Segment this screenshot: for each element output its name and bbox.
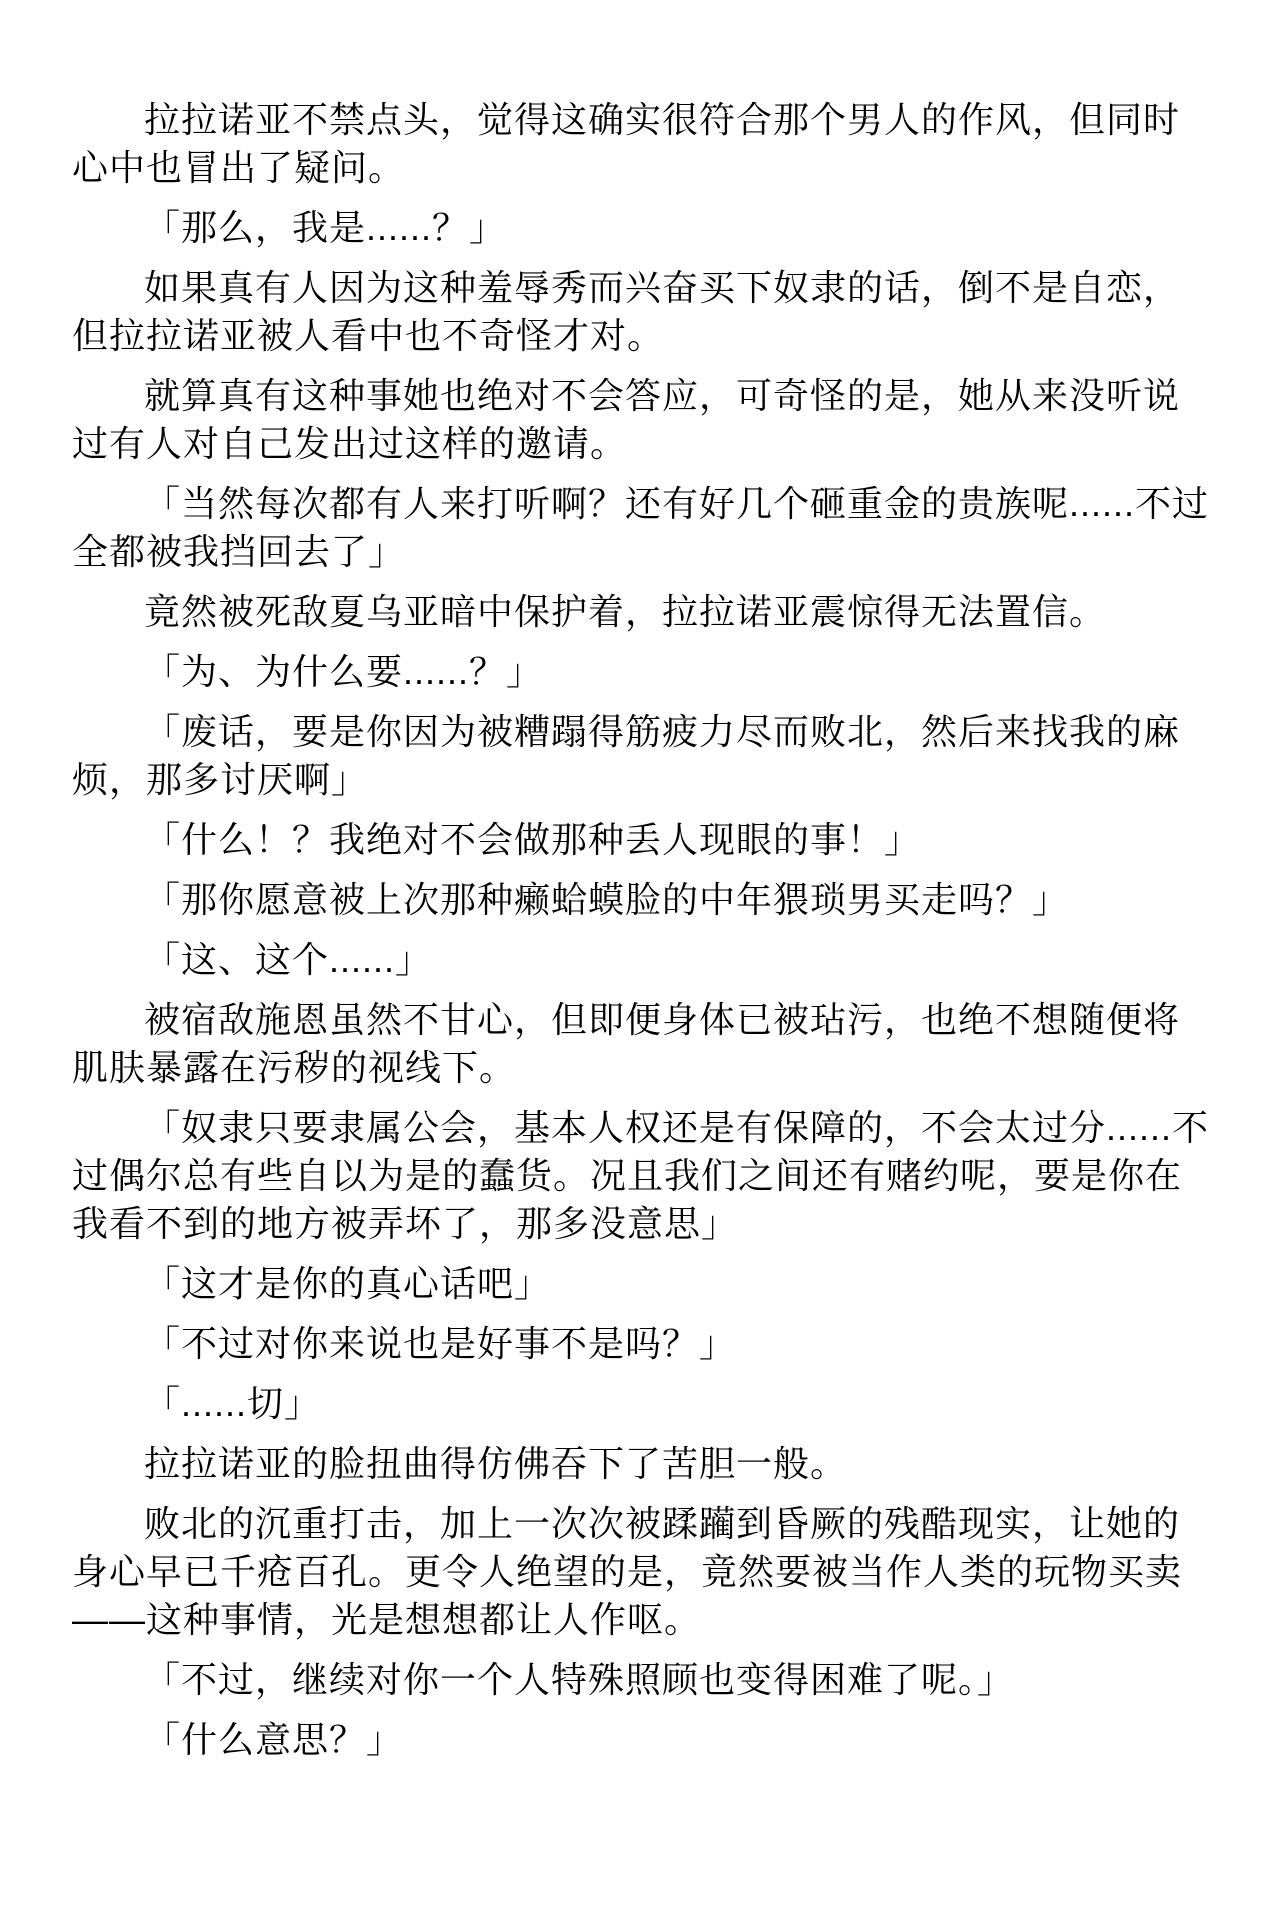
- paragraph-11: 「这、这个......」: [72, 936, 1214, 984]
- paragraph-19: 「不过，继续对你一个人特殊照顾也变得困难了呢。」: [72, 1656, 1214, 1704]
- paragraph-14: 「这才是你的真心话吧」: [72, 1260, 1214, 1308]
- text-body: 拉拉诺亚不禁点头，觉得这确实很符合那个男人的作风，但同时心中也冒出了疑问。「那么…: [72, 96, 1214, 1764]
- paragraph-10: 「那你愿意被上次那种癞蛤蟆脸的中年猥琐男买走吗？」: [72, 876, 1214, 924]
- paragraph-7: 「为、为什么要......？」: [72, 648, 1214, 696]
- paragraph-18: 败北的沉重打击，加上一次次被蹂躏到昏厥的残酷现实，让她的身心早已千疮百孔。更令人…: [72, 1500, 1214, 1644]
- paragraph-15: 「不过对你来说也是好事不是吗？」: [72, 1320, 1214, 1368]
- paragraph-17: 拉拉诺亚的脸扭曲得仿佛吞下了苦胆一般。: [72, 1440, 1214, 1488]
- paragraph-6: 竟然被死敌夏乌亚暗中保护着，拉拉诺亚震惊得无法置信。: [72, 588, 1214, 636]
- paragraph-13: 「奴隶只要隶属公会，基本人权还是有保障的，不会太过分......不过偶尔总有些自…: [72, 1104, 1214, 1248]
- paragraph-2: 「那么，我是......？」: [72, 204, 1214, 252]
- paragraph-3: 如果真有人因为这种羞辱秀而兴奋买下奴隶的话，倒不是自恋，但拉拉诺亚被人看中也不奇…: [72, 264, 1214, 360]
- paragraph-16: 「......切」: [72, 1380, 1214, 1428]
- paragraph-12: 被宿敌施恩虽然不甘心，但即便身体已被玷污，也绝不想随便将肌肤暴露在污秽的视线下。: [72, 996, 1214, 1092]
- paragraph-5: 「当然每次都有人来打听啊？还有好几个砸重金的贵族呢......不过全都被我挡回去…: [72, 480, 1214, 576]
- paragraph-20: 「什么意思？」: [72, 1716, 1214, 1764]
- novel-page: 拉拉诺亚不禁点头，觉得这确实很符合那个男人的作风，但同时心中也冒出了疑问。「那么…: [0, 0, 1280, 1909]
- paragraph-9: 「什么！？我绝对不会做那种丢人现眼的事！」: [72, 816, 1214, 864]
- paragraph-4: 就算真有这种事她也绝对不会答应，可奇怪的是，她从来没听说过有人对自己发出过这样的…: [72, 372, 1214, 468]
- paragraph-8: 「废话，要是你因为被糟蹋得筋疲力尽而败北，然后来找我的麻烦，那多讨厌啊」: [72, 708, 1214, 804]
- paragraph-1: 拉拉诺亚不禁点头，觉得这确实很符合那个男人的作风，但同时心中也冒出了疑问。: [72, 96, 1214, 192]
